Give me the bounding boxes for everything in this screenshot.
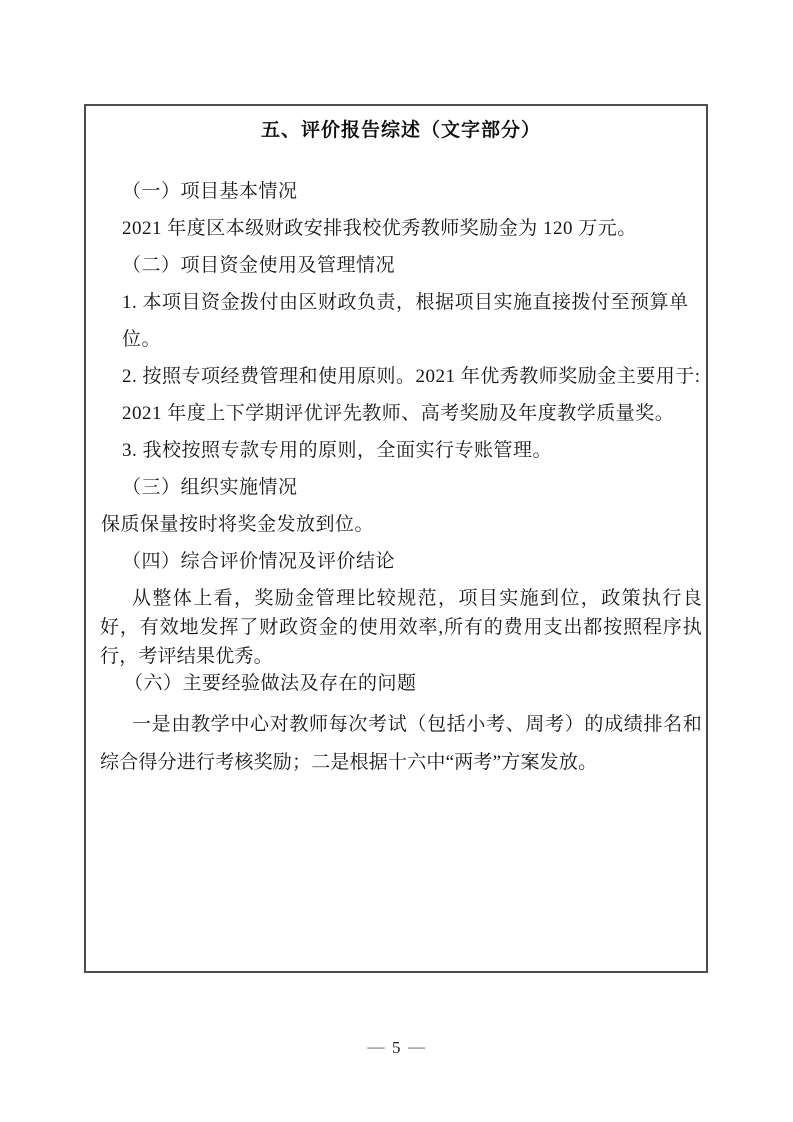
paragraph: （二）项目资金使用及管理情况 (100, 247, 702, 284)
report-paragraphs: （一）项目基本情况2021 年度区本级财政安排我校优秀教师奖励金为 120 万元… (100, 173, 702, 782)
footer-left-dash: — (368, 1037, 386, 1057)
paragraph: 3. 我校按照专款专用的原则，全面实行专账管理。 (100, 432, 702, 469)
document-page: 五、评价报告综述（文字部分） （一）项目基本情况2021 年度区本级财政安排我校… (0, 0, 793, 1122)
paragraph: 2021 年度区本级财政安排我校优秀教师奖励金为 120 万元。 (100, 210, 702, 247)
paragraph: （四）综合评价情况及评价结论 (100, 543, 702, 580)
paragraph: 一是由教学中心对教师每次考试（包括小考、周考）的成绩排名和综合得分进行考核奖励；… (100, 706, 702, 782)
paragraph: 2021 年度上下学期评优评先教师、高考奖励及年度教学质量奖。 (100, 395, 702, 432)
paragraph: （一）项目基本情况 (100, 173, 702, 210)
report-summary-box: 五、评价报告综述（文字部分） （一）项目基本情况2021 年度区本级财政安排我校… (84, 104, 708, 973)
report-title: 五、评价报告综述（文字部分） (100, 119, 702, 143)
paragraph: 1. 本项目资金拨付由区财政负责，根据项目实施直接拨付至预算单位。 (100, 284, 702, 358)
paragraph: （六）主要经验做法及存在的问题 (100, 669, 702, 698)
paragraph: 2. 按照专项经费管理和使用原则。2021 年优秀教师奖励金主要用于: (100, 358, 702, 395)
paragraph: 从整体上看，奖励金管理比较规范，项目实施到位，政策执行良好，有效地发挥了财政资金… (100, 584, 702, 671)
paragraph: 保质保量按时将奖金发放到位。 (100, 506, 702, 543)
page-footer: —5— (0, 1038, 793, 1058)
paragraph: （三）组织实施情况 (100, 469, 702, 506)
page-number: 5 (392, 1038, 401, 1058)
footer-right-dash: — (408, 1037, 426, 1057)
